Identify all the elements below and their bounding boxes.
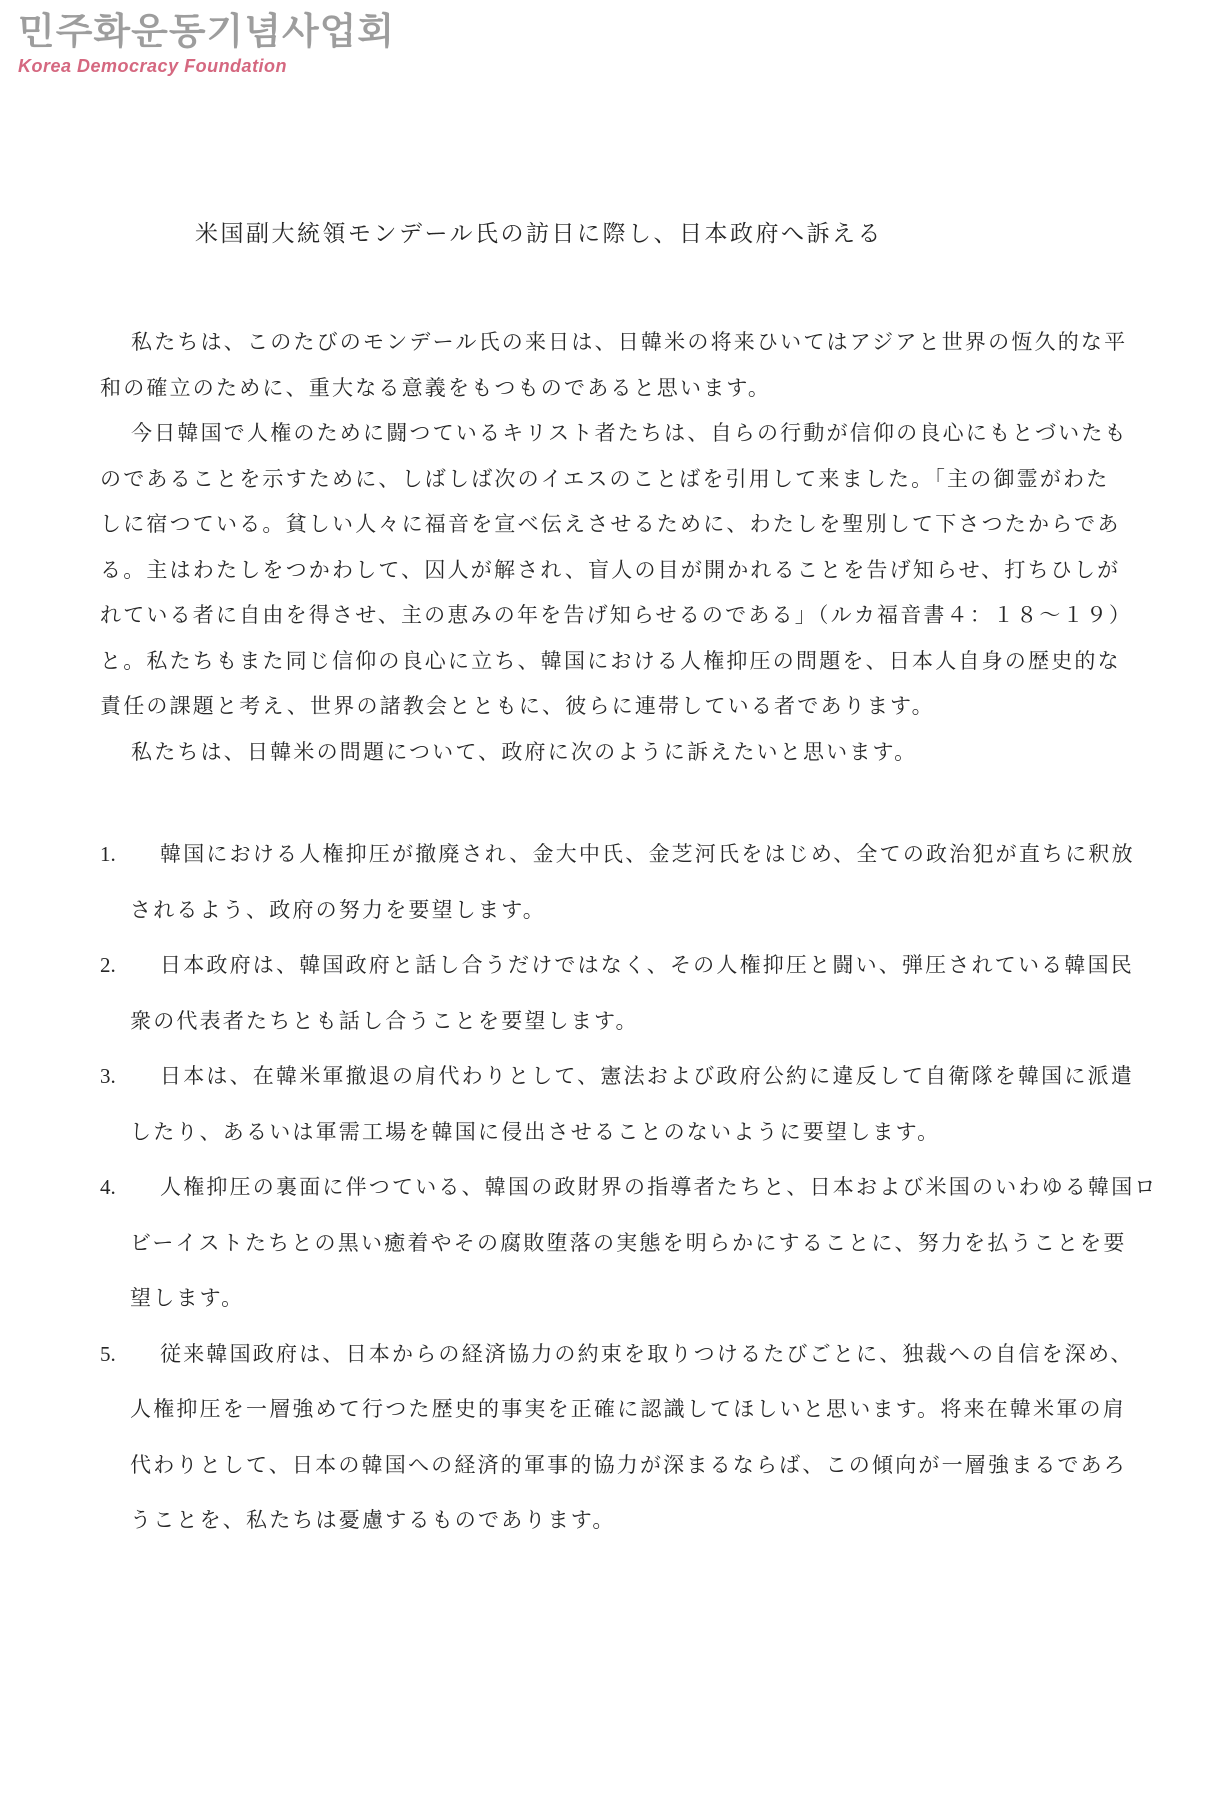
list-item: 2.日本政府は、韓国政府と話し合うだけではなく、その人権抑圧と闘い、弾圧されてい…	[100, 938, 1140, 1049]
list-item-number: 5.	[100, 1327, 160, 1383]
text-line: 4.人権抑圧の裏面に伴つている、韓国の政財界の指導者たちと、日本および米国のいわ…	[100, 1160, 1140, 1216]
text-line: 1.韓国における人権抑圧が撤廃され、金大中氏、金芝河氏をはじめ、全ての政治犯が直…	[100, 827, 1140, 883]
logo-korean-calligraphy: 민주화운동기념사업회	[18, 12, 395, 50]
list-item-text: 日本は、在韓米軍撤退の肩代わりとして、憲法および政府公約に違反して自衛隊を韓国に…	[160, 1064, 1134, 1088]
list-item-text: 韓国における人権抑圧が撤廃され、金大中氏、金芝河氏をはじめ、全ての政治犯が直ちに…	[160, 842, 1135, 866]
text-line: 今日韓国で人権のために闘つているキリスト者たちは、自らの行動が信仰の良心にもとづ…	[100, 411, 1140, 457]
list-item-text: 日本政府は、韓国政府と話し合うだけではなく、その人権抑圧と闘い、弾圧されている韓…	[160, 953, 1134, 977]
text-line: 人権抑圧を一層強めて行つた歴史的事実を正確に認識してほしいと思います。将来在韓米…	[100, 1382, 1140, 1438]
list-item: 4.人権抑圧の裏面に伴つている、韓国の政財界の指導者たちと、日本および米国のいわ…	[100, 1160, 1140, 1327]
text-line: 衆の代表者たちとも話し合うことを要望します。	[100, 994, 1140, 1050]
list-item-number: 1.	[100, 827, 160, 883]
list-item: 5.従来韓国政府は、日本からの経済協力の約束を取りつけるたびごとに、独裁への自信…	[100, 1327, 1140, 1549]
text-line: しに宿つている。貧しい人々に福音を宣べ伝えさせるために、わたしを聖別して下さつた…	[100, 502, 1140, 548]
document-paragraphs: 私たちは、このたびのモンデール氏の来日は、日韓米の将来ひいてはアジアと世界の恆久…	[100, 320, 1140, 775]
text-line: 望します。	[100, 1271, 1140, 1327]
logo-english-name: Korea Democracy Foundation	[18, 56, 395, 77]
text-line: と。私たちもまた同じ信仰の良心に立ち、韓国における人権抑圧の問題を、日本人自身の…	[100, 639, 1140, 685]
document-content: 米国副大統領モンデール氏の訪日に際し、日本政府へ訴える 私たちは、このたびのモン…	[100, 215, 1140, 1549]
text-line: のであることを示すために、しばしば次のイエスのことばを引用して来ました。「主の御…	[100, 457, 1140, 503]
list-item: 3.日本は、在韓米軍撤退の肩代わりとして、憲法および政府公約に違反して自衛隊を韓…	[100, 1049, 1140, 1160]
paragraph: 私たちは、日韓米の問題について、政府に次のように訴えたいと思います。	[100, 730, 1140, 776]
text-line: れている者に自由を得させ、主の恵みの年を告げ知らせるのである」（ルカ福音書４：１…	[100, 593, 1140, 639]
paragraph: 今日韓国で人権のために闘つているキリスト者たちは、自らの行動が信仰の良心にもとづ…	[100, 411, 1140, 730]
text-line: 責任の課題と考え、世界の諸教会とともに、彼らに連帯している者であります。	[100, 684, 1140, 730]
text-line: 2.日本政府は、韓国政府と話し合うだけではなく、その人権抑圧と闘い、弾圧されてい…	[100, 938, 1140, 994]
text-line: 私たちは、このたびのモンデール氏の来日は、日韓米の将来ひいてはアジアと世界の恆久…	[100, 320, 1140, 366]
text-line: したり、あるいは軍需工場を韓国に侵出させることのないように要望します。	[100, 1105, 1140, 1161]
numbered-demands-list: 1.韓国における人権抑圧が撤廃され、金大中氏、金芝河氏をはじめ、全ての政治犯が直…	[100, 827, 1140, 1549]
text-line: 私たちは、日韓米の問題について、政府に次のように訴えたいと思います。	[100, 730, 1140, 776]
list-item-number: 4.	[100, 1160, 160, 1216]
text-line: ビーイストたちとの黒い癒着やその腐敗堕落の実態を明らかにすることに、努力を払うこ…	[100, 1216, 1140, 1272]
text-line: る。主はわたしをつかわして、囚人が解され、盲人の目が開かれることを告げ知らせ、打…	[100, 548, 1140, 594]
list-item-text: 人権抑圧の裏面に伴つている、韓国の政財界の指導者たちと、日本および米国のいわゆる…	[160, 1175, 1158, 1199]
text-line: うことを、私たちは憂慮するものであります。	[100, 1493, 1140, 1549]
list-item-number: 3.	[100, 1049, 160, 1105]
list-item: 1.韓国における人権抑圧が撤廃され、金大中氏、金芝河氏をはじめ、全ての政治犯が直…	[100, 827, 1140, 938]
text-line: 和の確立のために、重大なる意義をもつものであると思います。	[100, 366, 1140, 412]
text-line: 代わりとして、日本の韓国への経済的軍事的協力が深まるならば、この傾向が一層強まる…	[100, 1438, 1140, 1494]
document-page: 민주화운동기념사업회 Korea Democracy Foundation 米国…	[0, 0, 1223, 1800]
list-item-number: 2.	[100, 938, 160, 994]
organization-logo: 민주화운동기념사업회 Korea Democracy Foundation	[18, 12, 395, 77]
text-line: されるよう、政府の努力を要望します。	[100, 883, 1140, 939]
text-line: 5.従来韓国政府は、日本からの経済協力の約束を取りつけるたびごとに、独裁への自信…	[100, 1327, 1140, 1383]
list-item-text: 従来韓国政府は、日本からの経済協力の約束を取りつけるたびごとに、独裁への自信を深…	[160, 1342, 1134, 1366]
document-title: 米国副大統領モンデール氏の訪日に際し、日本政府へ訴える	[195, 215, 1140, 248]
text-line: 3.日本は、在韓米軍撤退の肩代わりとして、憲法および政府公約に違反して自衛隊を韓…	[100, 1049, 1140, 1105]
paragraph: 私たちは、このたびのモンデール氏の来日は、日韓米の将来ひいてはアジアと世界の恆久…	[100, 320, 1140, 411]
